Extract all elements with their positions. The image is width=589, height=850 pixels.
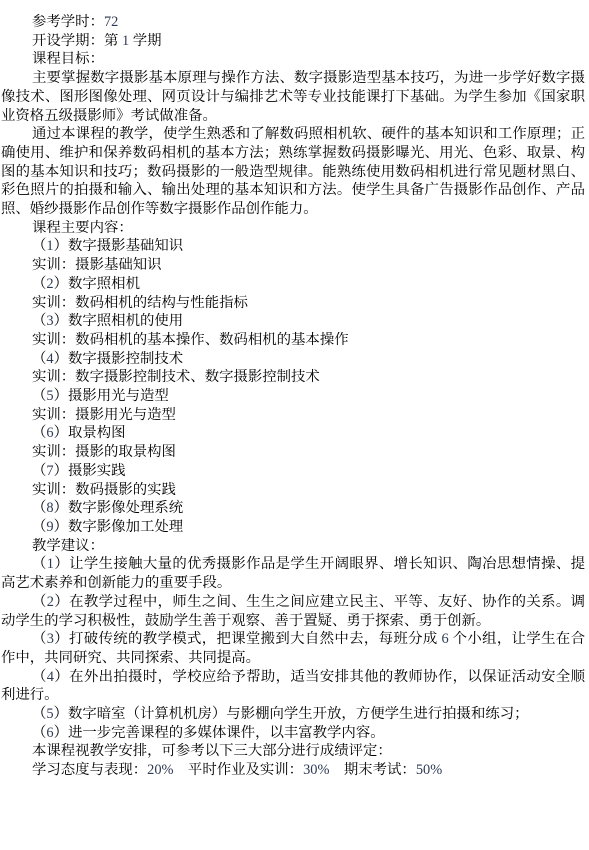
paragraph: 教学建议： bbox=[1, 537, 585, 556]
document-body: 参考学时：72开设学期：第 1 学期课程目标：主要掌握数字摄影基本原理与操作方法… bbox=[1, 13, 585, 780]
numeric-value: 72 bbox=[104, 14, 118, 30]
paragraph: （2）在教学过程中，师生之间、生生之间应建立民主、平等、友好、协作的关系。调动学… bbox=[1, 593, 585, 630]
paragraph: 课程目标： bbox=[1, 50, 585, 69]
paragraph: 学习态度与表现：20% 平时作业及实训：30% 期末考试：50% bbox=[1, 761, 585, 780]
paragraph: 实训：摄影的取景构图 bbox=[1, 443, 585, 462]
paragraph: 实训：数字摄影控制技术、数字摄影控制技术 bbox=[1, 368, 585, 387]
numeric-value: 20% bbox=[147, 762, 173, 778]
document-page: 参考学时：72开设学期：第 1 学期课程目标：主要掌握数字摄影基本原理与操作方法… bbox=[0, 0, 589, 850]
numeric-value: 8 bbox=[46, 500, 53, 516]
numeric-value: 1 bbox=[46, 238, 53, 254]
numeric-value: 4 bbox=[46, 351, 53, 367]
paragraph: （7）摄影实践 bbox=[1, 462, 585, 481]
numeric-value: 5 bbox=[46, 388, 53, 404]
numeric-value: 7 bbox=[46, 463, 53, 479]
paragraph: 开设学期：第 1 学期 bbox=[1, 32, 585, 51]
numeric-value: 50% bbox=[416, 762, 442, 778]
paragraph: 主要掌握数字摄影基本原理与操作方法、数字摄影造型基本技巧，为进一步学好数字摄像技… bbox=[1, 69, 585, 125]
numeric-value: 6 bbox=[442, 631, 449, 647]
paragraph: 通过本课程的教学，使学生熟悉和了解数码照相机软、硬件的基本知识和工作原理；正确使… bbox=[1, 125, 585, 219]
paragraph: 实训：摄影用光与造型 bbox=[1, 406, 585, 425]
numeric-value: 2 bbox=[46, 276, 53, 292]
numeric-value: 6 bbox=[46, 725, 53, 741]
numeric-value: 4 bbox=[47, 669, 54, 685]
paragraph: 课程主要内容： bbox=[1, 219, 585, 238]
paragraph: （4）在外出拍摄时，学校应给予帮助，适当安排其他的教师协作，以保证活动安全顺利进… bbox=[1, 668, 585, 705]
paragraph: （4）数字摄影控制技术 bbox=[1, 350, 585, 369]
numeric-value: 1 bbox=[122, 33, 129, 49]
paragraph: （3）数字照相机的使用 bbox=[1, 312, 585, 331]
paragraph: 实训：数码摄影的实践 bbox=[1, 481, 585, 500]
numeric-value: 2 bbox=[47, 594, 54, 610]
numeric-value: 1 bbox=[47, 556, 54, 572]
paragraph: 参考学时：72 bbox=[1, 13, 585, 32]
numeric-value: 30% bbox=[303, 762, 329, 778]
paragraph: （9）数字影像加工处理 bbox=[1, 518, 585, 537]
paragraph: 实训：数码相机的结构与性能指标 bbox=[1, 294, 585, 313]
paragraph: （1）数字摄影基础知识 bbox=[1, 237, 585, 256]
paragraph: （1）让学生接触大量的优秀摄影作品是学生开阔眼界、增长知识、陶冶思想情操、提高艺… bbox=[1, 555, 585, 592]
paragraph: （3）打破传统的教学模式，把课堂搬到大自然中去，每班分成 6 个小组，让学生在合… bbox=[1, 630, 585, 667]
paragraph: （6）取景构图 bbox=[1, 424, 585, 443]
numeric-value: 6 bbox=[46, 425, 53, 441]
paragraph: （8）数字影像处理系统 bbox=[1, 499, 585, 518]
numeric-value: 9 bbox=[46, 519, 53, 535]
paragraph: 本课程视教学安排，可参考以下三大部分进行成绩评定： bbox=[1, 742, 585, 761]
paragraph: 实训：摄影基础知识 bbox=[1, 256, 585, 275]
paragraph: （5）数字暗室（计算机机房）与影棚向学生开放，方便学生进行拍摄和练习； bbox=[1, 705, 585, 724]
paragraph: （2）数字照相机 bbox=[1, 275, 585, 294]
numeric-value: 3 bbox=[46, 313, 53, 329]
paragraph: 实训：数码相机的基本操作、数码相机的基本操作 bbox=[1, 331, 585, 350]
paragraph: （6）进一步完善课程的多媒体课件，以丰富教学内容。 bbox=[1, 724, 585, 743]
numeric-value: 5 bbox=[46, 706, 53, 722]
numeric-value: 3 bbox=[47, 631, 54, 647]
paragraph: （5）摄影用光与造型 bbox=[1, 387, 585, 406]
